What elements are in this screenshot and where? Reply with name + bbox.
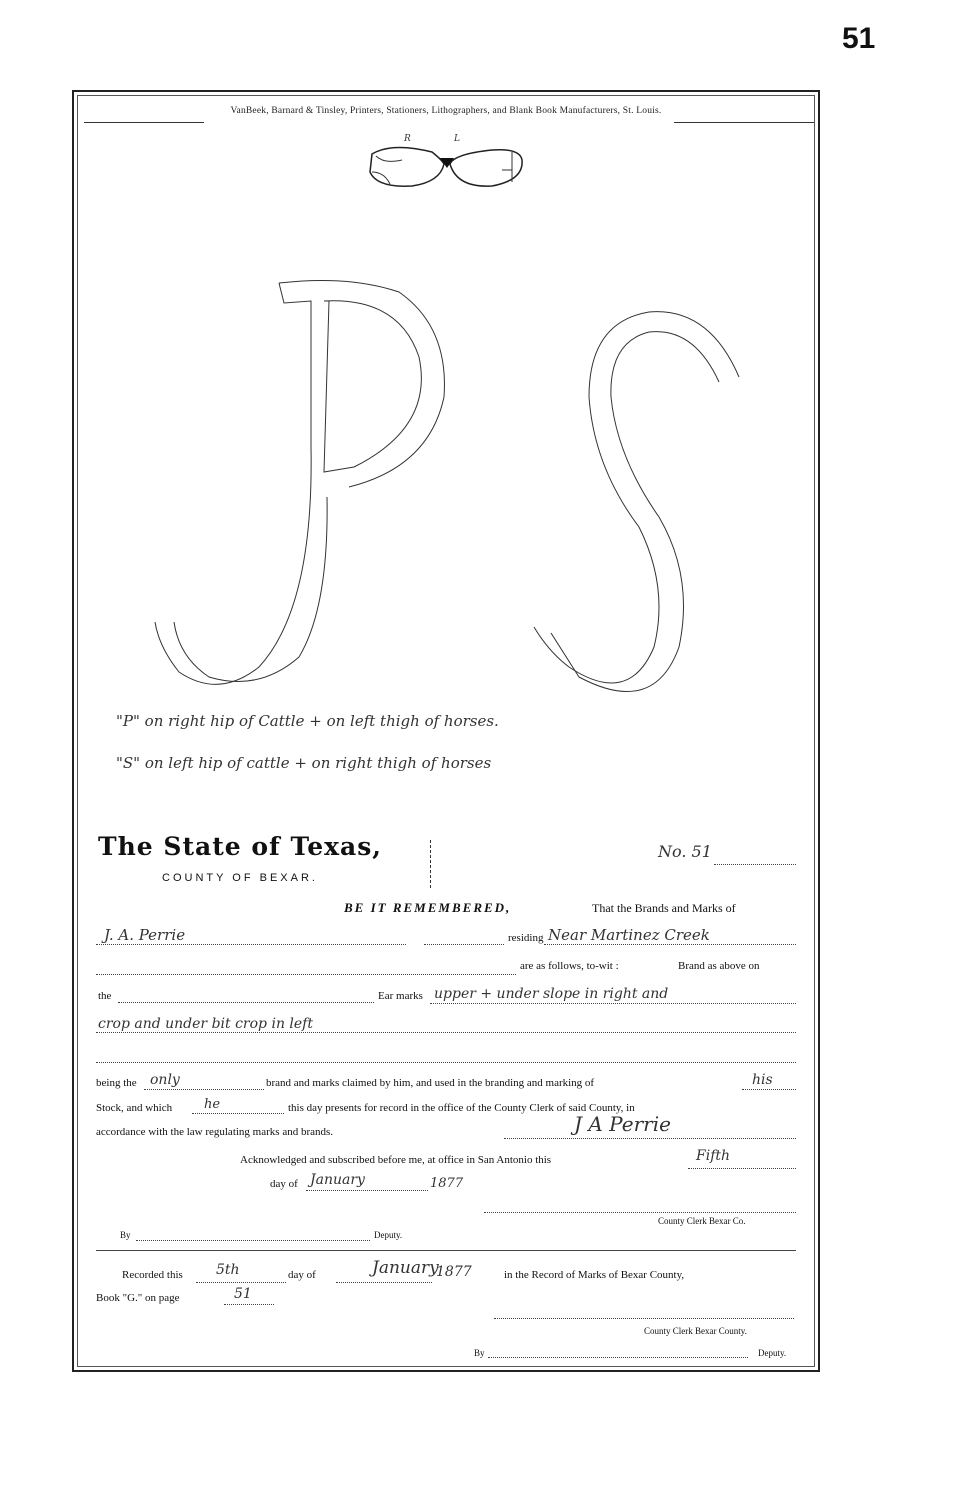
number-line [714,864,796,865]
deputy-label-1: Deputy. [374,1230,402,1240]
recorded-this-label: Recorded this [122,1269,183,1281]
his-value: his [752,1072,773,1088]
blank-line [96,1062,796,1063]
state-title: The State of Texas, [98,832,382,861]
ack-day-value: Fifth [696,1148,730,1164]
signature-line [504,1138,796,1139]
blank-line [688,1168,796,1169]
ear-marks-diagram-icon [362,142,532,192]
brand-ps-icon [149,267,769,707]
by-label-1: By [120,1230,131,1240]
owner-signature: J A Perrie [574,1112,671,1136]
county-label: COUNTY OF BEXAR. [162,872,318,884]
intro-text: That the Brands and Marks of [592,901,736,916]
the-label: the [98,990,111,1002]
ear-label-right: R [404,134,411,144]
being-the-label: being the [96,1077,137,1089]
bracket [426,840,431,888]
ear-marks-line [430,1003,796,1004]
book-label: Book "G." on page [96,1292,180,1304]
blank-line [144,1089,264,1090]
clerk-signature-line [484,1212,796,1213]
stock-and-which-label: Stock, and which [96,1102,172,1114]
blank-line [224,1304,274,1305]
printer-imprint: VanBeek, Barnard & Tinsley, Printers, St… [74,106,818,116]
ack-year-value: 1877 [430,1176,463,1191]
residence-line [544,944,796,945]
record-number: No. 51 [658,842,712,861]
residence: Near Martinez Creek [548,926,710,944]
owner-name: J. A. Perrie [104,926,185,944]
he-value: he [204,1097,220,1112]
only-value: only [150,1072,180,1088]
day-of-label-2: day of [288,1269,316,1281]
ear-marks-value-1: upper + under slope in right and [434,986,668,1002]
acknowledged-text: Acknowledged and subscribed before me, a… [240,1154,551,1166]
deputy-line [136,1240,370,1241]
presents-text: this day presents for record in the offi… [288,1102,635,1114]
blank-line [336,1282,432,1283]
day-of-label: day of [270,1178,298,1190]
blank-line [196,1282,286,1283]
ear-marks-value-2: crop and under bit crop in left [98,1016,313,1032]
ack-month-value: January [310,1172,365,1188]
blank-line [118,1002,374,1003]
ear-marks-label: Ear marks [378,990,423,1002]
brand-registration-form: VanBeek, Barnard & Tinsley, Printers, St… [72,90,820,1372]
rec-day-value: 5th [216,1262,240,1278]
rec-month-value: January [372,1258,439,1278]
rec-year-value: 1877 [436,1264,472,1280]
by-label-2: By [474,1348,485,1358]
divider [84,122,204,123]
claimed-text: brand and marks claimed by him, and used… [266,1077,594,1089]
county-clerk-label-2: County Clerk Bexar County. [644,1326,747,1336]
brand-as-above-text: Brand as above on [678,960,760,972]
clerk-signature-line [494,1318,794,1319]
deputy-label-2: Deputy. [758,1348,786,1358]
brand-description-line-1: "P" on right hip of Cattle + on left thi… [116,712,499,730]
be-it-remembered: BE IT REMEMBERED, [344,900,511,916]
owner-name-line [424,944,504,945]
owner-name-line [96,944,406,945]
blank-line [742,1089,796,1090]
blank-line [192,1113,284,1114]
brand-description-line-2: "S" on left hip of cattle + on right thi… [116,754,491,772]
record-tail-text: in the Record of Marks of Bexar County, [504,1269,684,1281]
blank-line [96,974,516,975]
ear-label-left: L [454,134,460,144]
ear-marks-line [96,1032,796,1033]
as-follows-text: are as follows, to-wit : [520,960,619,972]
deputy-line [488,1357,748,1358]
page-number: 51 [842,22,875,56]
book-page-value: 51 [234,1286,252,1302]
blank-line [306,1190,428,1191]
county-clerk-label-1: County Clerk Bexar Co. [658,1216,746,1226]
divider [674,122,814,123]
divider [96,1250,796,1251]
residing-label: residing [508,932,543,944]
accordance-text: accordance with the law regulating marks… [96,1126,333,1138]
